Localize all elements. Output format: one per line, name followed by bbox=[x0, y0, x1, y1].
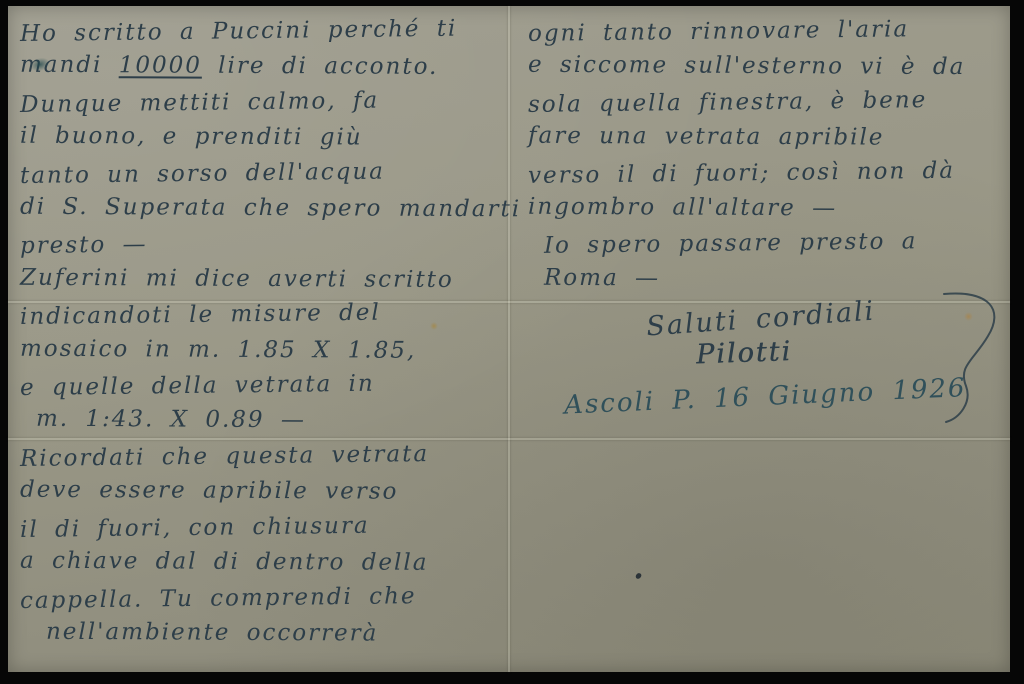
handwritten-line: e quelle della vetrata in bbox=[20, 365, 512, 406]
handwritten-line: presto — bbox=[20, 223, 512, 264]
line-part: lire di acconto. bbox=[202, 53, 439, 80]
handwritten-line: m. 1:43. X 0.89 — bbox=[36, 402, 512, 440]
handwritten-line: Io spero passare presto a bbox=[544, 224, 1006, 265]
signature-flourish bbox=[932, 288, 1012, 428]
handwritten-line: verso il di fuori; così non dà bbox=[528, 153, 1006, 194]
handwritten-line: il buono, e prenditi giù bbox=[20, 119, 512, 157]
handwritten-line: ingombro all'altare — bbox=[528, 190, 1006, 228]
ink-dot bbox=[635, 572, 642, 580]
handwritten-line: mosaico in m. 1.85 X 1.85, bbox=[20, 331, 512, 369]
handwritten-line: Zuferini mi dice averti scritto bbox=[20, 261, 512, 299]
handwritten-line: di S. Superata che spero mandarti bbox=[20, 190, 512, 228]
handwritten-line: il di fuori, con chiusura bbox=[20, 507, 512, 548]
handwritten-line: nell'ambiente occorrerà bbox=[46, 615, 512, 653]
handwritten-line: ogni tanto rinnovare l'aria bbox=[528, 11, 1006, 52]
handwritten-line: sola quella finestra, è bene bbox=[528, 82, 1006, 123]
handwritten-line: tanto un sorso dell'acqua bbox=[20, 153, 512, 194]
handwritten-line: Ho scritto a Puccini perché ti bbox=[20, 11, 512, 52]
handwritten-line: indicandoti le misure del bbox=[20, 294, 512, 335]
handwritten-line: deve essere apribile verso bbox=[20, 473, 512, 511]
letter-paper: Ho scritto a Puccini perché ti mandi 100… bbox=[8, 6, 1010, 672]
handwritten-line: e siccome sull'esterno vi è da bbox=[528, 48, 1006, 86]
scanned-letter-screenshot: { "scan": { "background_color": "#060606… bbox=[0, 0, 1024, 684]
handwritten-line: Dunque mettiti calmo, fa bbox=[20, 82, 512, 123]
handwritten-line: fare una vetrata apribile bbox=[528, 119, 1006, 157]
handwritten-line: mandi 10000 lire di acconto. bbox=[20, 48, 512, 86]
underlined-amount: 10000 bbox=[119, 53, 202, 79]
paper-stain bbox=[430, 322, 438, 330]
handwritten-line: cappella. Tu comprendi che bbox=[20, 577, 512, 618]
paper-stain bbox=[964, 312, 973, 321]
handwritten-line: a chiave dal di dentro della bbox=[20, 544, 512, 582]
left-page-text: Ho scritto a Puccini perché ti mandi 100… bbox=[20, 14, 512, 651]
handwritten-line: Ricordati che questa vetrata bbox=[20, 436, 512, 477]
